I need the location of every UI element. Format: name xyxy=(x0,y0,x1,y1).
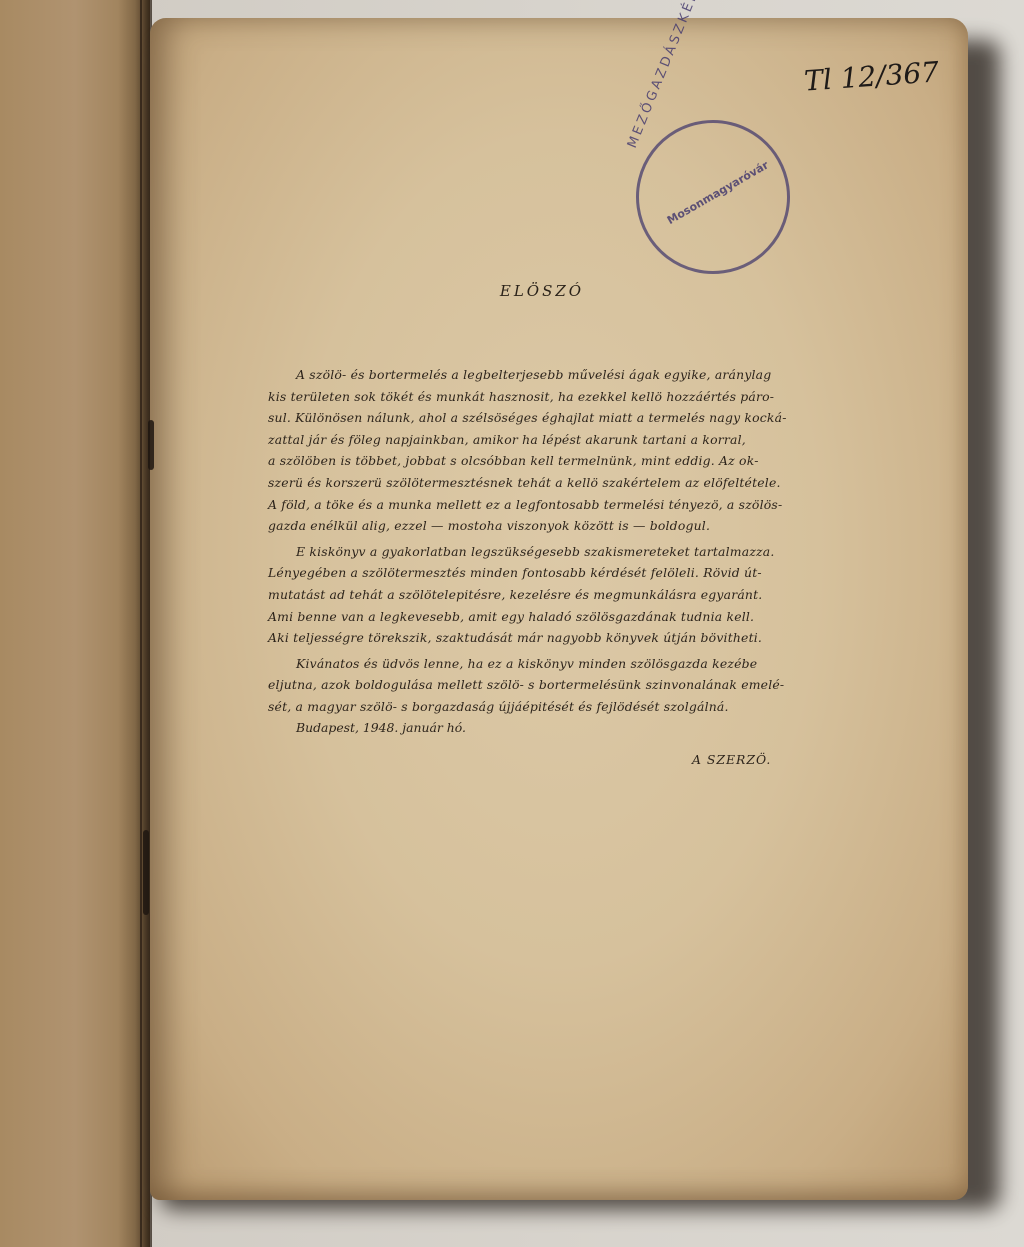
text-line: Aki teljességre törekszik, szaktudását m… xyxy=(268,627,831,649)
paragraph-2: E kiskönyv a gyakorlatban legszükségeseb… xyxy=(268,541,831,649)
text-line: A szölö- és bortermelés a legbelterjeseb… xyxy=(268,364,831,386)
paragraph-1: A szölö- és bortermelés a legbelterjeseb… xyxy=(268,364,831,537)
text-line: kis területen sok tökét és munkát haszno… xyxy=(268,386,831,408)
binding-stitch xyxy=(148,420,154,470)
preface-body: A szölö- és bortermelés a legbelterjeseb… xyxy=(268,364,831,718)
text-line: Ami benne van a legkevesebb, amit egy ha… xyxy=(268,606,831,628)
text-line: Lényegében a szölötermesztés minden font… xyxy=(268,562,831,584)
author-signature: A SZERZÖ. xyxy=(692,752,771,767)
left-page-shadow xyxy=(118,0,152,1247)
text-line: Kivánatos és üdvös lenne, ha ez a kiskön… xyxy=(268,653,831,675)
gutter-line xyxy=(140,0,142,1247)
text-line: zattal jár és föleg napjainkban, amikor … xyxy=(268,429,831,451)
place-date: Budapest, 1948. január hó. xyxy=(296,720,466,735)
text-line: mutatást ad tehát a szölötelepitésre, ke… xyxy=(268,584,831,606)
stamp-center-text: Mosonmagyaróvár xyxy=(665,158,771,227)
binding-stitch xyxy=(143,830,149,915)
paragraph-3: Kivánatos és üdvös lenne, ha ez a kiskön… xyxy=(268,653,831,718)
text-line: gazda enélkül alig, ezzel — mostoha visz… xyxy=(268,515,831,537)
text-line: eljutna, azok boldogulása mellett szölö-… xyxy=(268,674,831,696)
text-line: E kiskönyv a gyakorlatban legszükségeseb… xyxy=(268,541,831,563)
text-line: szerü és korszerü szölötermesztésnek teh… xyxy=(268,472,831,494)
text-line: sul. Különösen nálunk, ahol a szélsösége… xyxy=(268,407,831,429)
text-line: A föld, a töke és a munka mellett ez a l… xyxy=(268,494,831,516)
text-line: sét, a magyar szölö- s borgazdaság újjáé… xyxy=(268,696,831,718)
text-line: a szölöben is többet, jobbat s olcsóbban… xyxy=(268,450,831,472)
page-title: ELÖSZÓ xyxy=(0,282,1024,300)
